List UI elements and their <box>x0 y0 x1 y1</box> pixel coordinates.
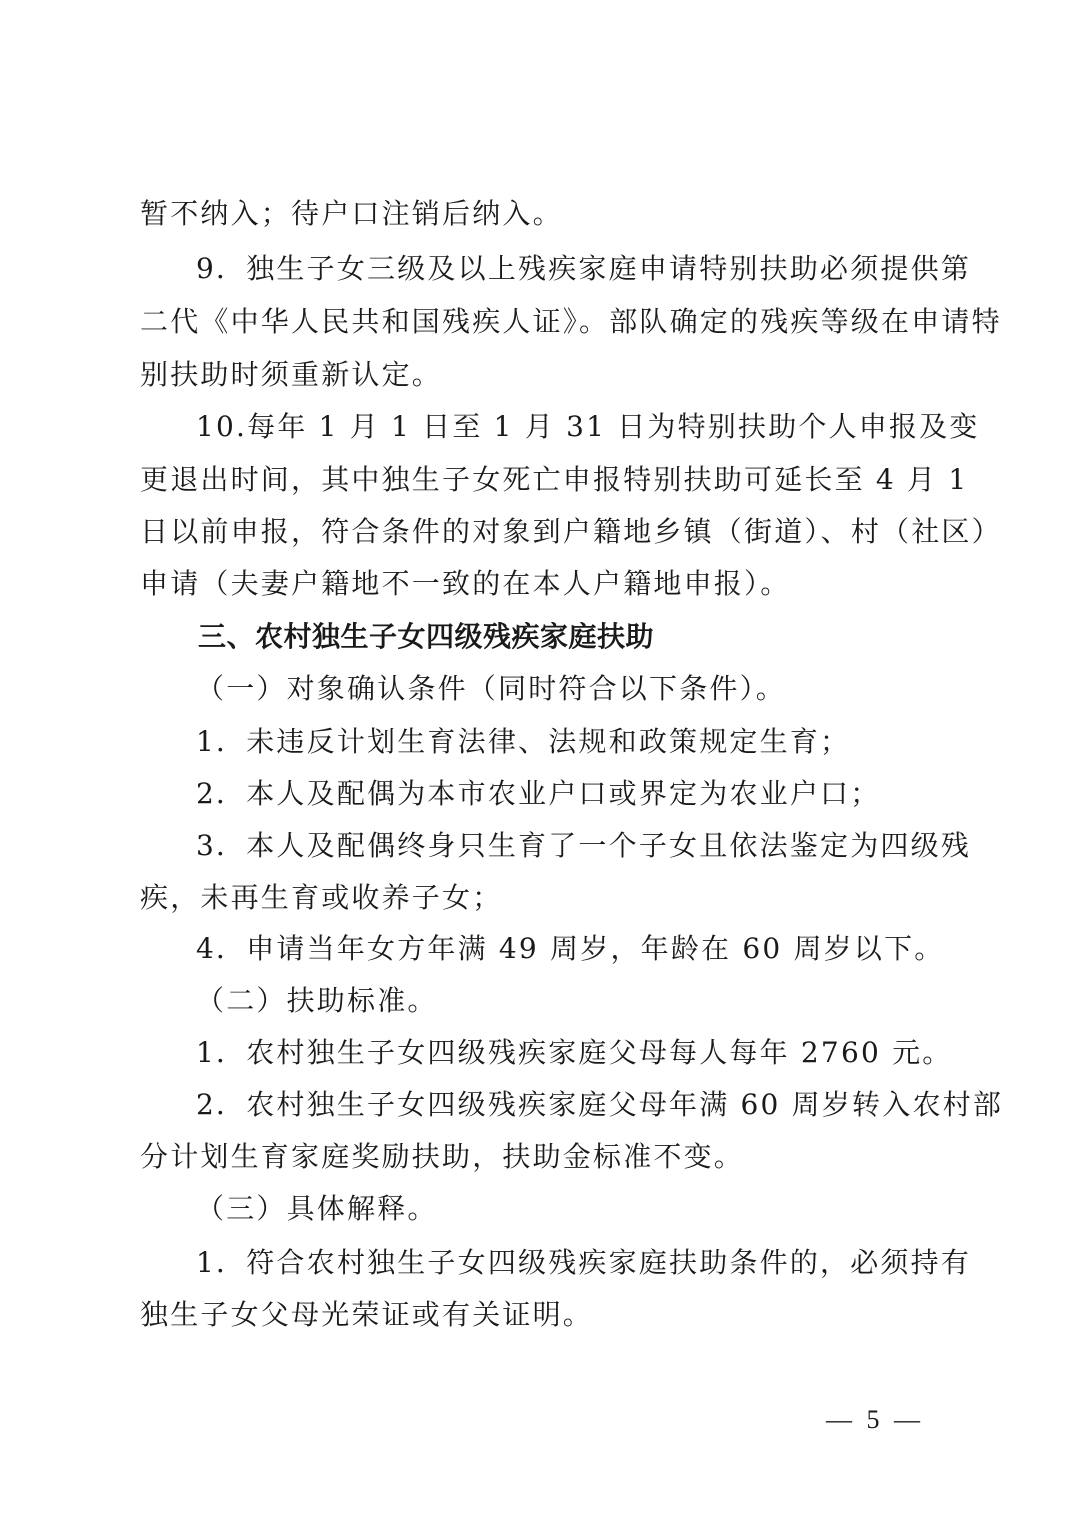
paragraph-line: 分计划生育家庭奖励扶助，扶助金标准不变。 <box>140 1140 744 1174</box>
paragraph-line: 疾，未再生育或收养子女； <box>140 881 502 915</box>
subsection-heading: （二）扶助标准。 <box>196 984 438 1018</box>
paragraph-line: 2．农村独生子女四级残疾家庭父母年满 60 周岁转入农村部 <box>196 1088 1003 1122</box>
paragraph-line: 暂不纳入；待户口注销后纳入。 <box>140 197 563 231</box>
page-number: — 5 — <box>826 1405 924 1435</box>
paragraph-line: 1．未违反计划生育法律、法规和政策规定生育； <box>196 725 850 759</box>
paragraph-line: 3．本人及配偶终身只生育了一个子女且依法鉴定为四级残 <box>196 829 971 863</box>
subsection-heading: （三）具体解释。 <box>196 1192 438 1226</box>
paragraph-line: 日以前申报，符合条件的对象到户籍地乡镇（街道）、村（社区） <box>140 515 1002 549</box>
paragraph-line: 别扶助时须重新认定。 <box>140 358 442 392</box>
paragraph-line: 10.每年 1 月 1 日至 1 月 31 日为特别扶助个人申报及变 <box>196 410 980 444</box>
paragraph-line: 9．独生子女三级及以上残疾家庭申请特别扶助必须提供第 <box>196 252 971 286</box>
paragraph-line: 更退出时间，其中独生子女死亡申报特别扶助可延长至 4 月 1 <box>140 463 968 497</box>
paragraph-line: 1．符合农村独生子女四级残疾家庭扶助条件的，必须持有 <box>196 1246 971 1280</box>
section-heading: 三、农村独生子女四级残疾家庭扶助 <box>198 620 654 654</box>
paragraph-line: 2．本人及配偶为本市农业户口或界定为农业户口； <box>196 777 880 811</box>
paragraph-line: 二代《中华人民共和国残疾人证》。部队确定的残疾等级在申请特 <box>140 305 1002 339</box>
paragraph-line: 独生子女父母光荣证或有关证明。 <box>140 1298 593 1332</box>
paragraph-line: 申请（夫妻户籍地不一致的在本人户籍地申报）。 <box>140 567 790 601</box>
paragraph-line: 4．申请当年女方年满 49 周岁，年龄在 60 周岁以下。 <box>196 932 944 966</box>
paragraph-line: 1．农村独生子女四级残疾家庭父母每人每年 2760 元。 <box>196 1036 952 1070</box>
subsection-heading: （一）对象确认条件（同时符合以下条件）。 <box>196 672 786 706</box>
